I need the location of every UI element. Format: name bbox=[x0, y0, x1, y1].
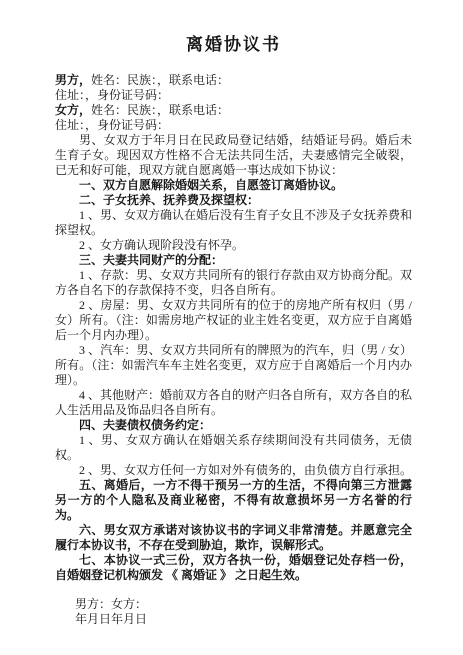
document-title: 离婚协议书 bbox=[55, 34, 412, 56]
party-husband-label: 男方， bbox=[55, 73, 91, 87]
clause-5: 五、离婚后，一方不得干预另一方的生活，不得向第三方泄露另一方的个人隐私及商业秘密… bbox=[55, 478, 412, 523]
signature-parties-line: 男方：女方： bbox=[55, 597, 412, 612]
party-wife-line: 女方，姓名：民族：，联系电话： bbox=[55, 103, 412, 118]
preamble-paragraph: 男、女双方于年月日在民政局登记结婚，结婚证号码。婚后未生育子女。现因双方性格不合… bbox=[55, 133, 412, 178]
party-wife-address: 住址：，身份证号码： bbox=[55, 118, 412, 133]
clause-4-heading: 四、夫妻债权债务约定： bbox=[55, 418, 412, 433]
clause-4-item-2: 2 、男、女双方任何一方如对外有债务的，由负债方自行承担。 bbox=[55, 463, 412, 478]
party-husband-line: 男方，姓名：民族：，联系电话： bbox=[55, 73, 412, 88]
clause-6: 六、男女双方承诺对该协议书的字词义非常清楚。并愿意完全履行本协议书，不存在受到胁… bbox=[55, 523, 412, 553]
document-page: 离婚协议书 男方，姓名：民族：，联系电话： 住址：，身份证号码： 女方，姓名：民… bbox=[0, 0, 463, 655]
clause-2-heading: 二、子女抚养、抚养费及探望权： bbox=[55, 193, 412, 208]
signature-date-line: 年月日年月日 bbox=[55, 612, 412, 627]
party-husband-info: 姓名：民族：，联系电话： bbox=[91, 73, 229, 87]
clause-2-item-2: 2 、女方确认现阶段没有怀孕。 bbox=[55, 238, 412, 253]
party-husband-address: 住址：，身份证号码： bbox=[55, 88, 412, 103]
clause-3-item-4: 4 、其他财产：婚前双方各自的财产归各自所有，双方各自的私人生活用品及饰品归各自… bbox=[55, 388, 412, 418]
clause-1: 一、双方自愿解除婚姻关系，自愿签订离婚协议。 bbox=[55, 178, 412, 193]
clause-4-item-1: 1 、男、女双方确认在婚姻关系存续期间没有共同债务，无债权。 bbox=[55, 433, 412, 463]
clause-7: 七、本协议一式三份，双方各执一份，婚姻登记处存档一份，自婚姻登记机构颁发 《 离… bbox=[55, 553, 412, 583]
clause-3-item-2: 2 、房屋：男、女双方共同所有的位于的房地产所有权归（男 / 女）所有。（注：如… bbox=[55, 298, 412, 343]
clause-3-item-1: 1 、存款：男、女双方共同所有的银行存款由双方协商分配。双方各自名下的存款保持不… bbox=[55, 268, 412, 298]
signature-spacer bbox=[55, 583, 412, 597]
clause-3-heading: 三、夫妻共同财产的分配： bbox=[55, 253, 412, 268]
clause-3-item-3: 3 、汽车：男、女双方共同所有的牌照为的汽车，归（男 / 女）所有。（注：如需汽… bbox=[55, 343, 412, 388]
clause-2-item-1: 1 、男、女双方确认在婚后没有生育子女且不涉及子女抚养费和探望权。 bbox=[55, 208, 412, 238]
party-wife-info: 姓名：民族：，联系电话： bbox=[91, 103, 229, 117]
party-wife-label: 女方， bbox=[55, 103, 91, 117]
